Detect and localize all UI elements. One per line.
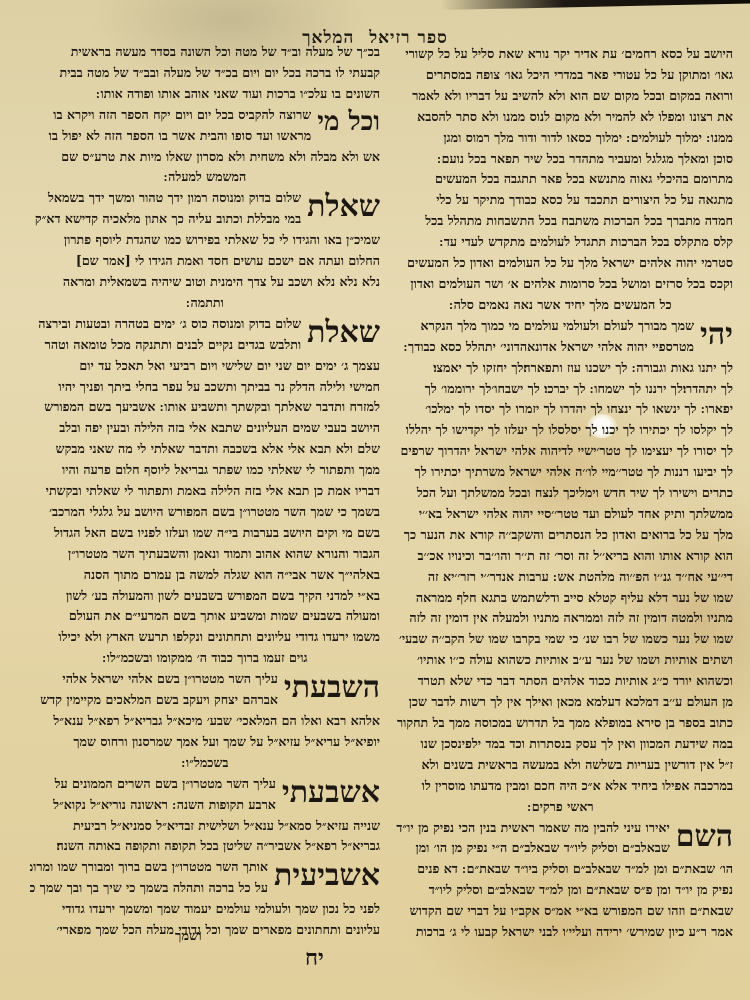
initial-word-ashbiati: אשבעתי (282, 774, 380, 812)
left-block-6: אשבעתי עליך השר מטטרו״ן בשם השרים הממוני… (30, 774, 380, 858)
text-line: שנייה עזיא״ל סמא״ל ענא״ל ושלישית זבדיא״ל… (30, 816, 380, 837)
text-line: ממך ותפתור לי שאלתי כמו שפתר גבריאל ליוס… (30, 460, 380, 481)
text-line: בא״י למדני הקיך בשם המפורש בשבעים לשון ו… (30, 586, 380, 607)
text-line: מתגאה על כל היצורים תתכבד על כסא כבודך מ… (388, 190, 733, 211)
text-line: אמר ר״ע כיון שמירש׳ ירידה ועליי׳ו לבני י… (388, 922, 733, 943)
text-line: עליונים ותחתונים מפארים שמך וכל גדודי מע… (30, 920, 380, 941)
text-line: ז״ל אין דורשין בעריות בשלשה ולא במעשה בר… (388, 755, 733, 776)
text-line: נלא נלא נלא ושכב על צדך הימנית וטוב שיהי… (30, 272, 380, 293)
text-line: די׳׳עי אח׳׳ד גנ׳׳ו הפ׳׳וה מלהטת אש ׃ ערב… (388, 567, 733, 588)
initial-word-hishbati: השבעתי (284, 669, 380, 707)
text-line: עליך השר מטטרו״ן בשם אלהי ישראל אלהי (30, 669, 278, 690)
left-block-7: אשביעית אותך השר מטטרו״ן בשם ברוך ומבורך… (30, 857, 380, 941)
text-line: גאו׳ ומתוקן על כל עטורי פאר במדרי היכל ג… (388, 65, 733, 86)
left-block-2: וכל מי שרוצה להקביס בכל יום ויום יקח הספ… (30, 105, 380, 189)
text-line: חמדה מתברך בכל הברכות משתבח בכל התשבחות … (388, 211, 733, 232)
text-line: למזרח ותדבר שאלתך ובקשתך ותשביע אותו ׃ א… (30, 397, 380, 418)
text-line: אברהם יצחק ויעקב בשם המלאכים מקיימין קדש (30, 690, 278, 711)
right-block-1: היושב על כסא רחמים׳ עת אדיר יקר נורא שאת… (388, 44, 733, 316)
text-line: את רצונו ומפלו לא להמיר ולא מקום לנוס ממ… (388, 107, 733, 128)
initial-word-ashbiat: אשביעית (274, 857, 380, 895)
left-block-1: בכ״ך של מעלה וב״ד של מטה וכל השונה בסדר … (30, 42, 380, 105)
text-line: לך יתהדרו׃לך ירננו לך ישמחו ׃ לך יברכו׃ … (388, 379, 733, 400)
text-line: אלהא רבא ואלו הם המלאכי׳ שבע׳ מיכא״ל גבר… (30, 711, 380, 732)
text-line: ממנו ׃ ימלוך לעולמים ׃ ימלוך כסאו לדור ו… (388, 128, 733, 149)
text-line: ותלבש בגדים נקיים לבנים ותתנקה מכל טומאה… (30, 335, 301, 356)
initial-word-yehi: יהי (700, 316, 733, 354)
text-line: שמו של נער דלא עליף קטלא סייב ודלשתמש בת… (388, 588, 733, 609)
catchword: ושמך (175, 928, 202, 944)
text-line: שמך מבורך לעולם ולעולמי עולמים מי כמוך מ… (388, 316, 694, 337)
text-line: לפני כל נכון שמך ולעולמי עולמים יעמוד שמ… (30, 899, 380, 920)
text-line: בשם מי וקים היושב בערבות בי״ה שמו ועלזו … (30, 523, 380, 544)
left-column: בכ״ך של מעלה וב״ד של מטה וכל השונה בסדר … (30, 42, 380, 941)
text-line: ממשלתך ותיק אחד לעולם ועד טטר׳׳סיי יהוה … (388, 504, 733, 525)
text-line: שבאלב״ם וסליק ליו״ד שבאלב״ם ה״י נפיק מן … (388, 838, 670, 859)
text-line: שמיכ״ן באו והגידו לי כל שאלתי בפירוש כמו… (30, 230, 380, 251)
text-line: במי מבללת וכתוב עליה כך אתון מלאכיה קדיש… (30, 209, 301, 230)
text-line: סטרמי יהוה אלהים ישראל מלך על כל העולמים… (388, 253, 733, 274)
text-line: משמו ירעדו גדודי עליונים ותחתונים ונקלפו… (30, 627, 380, 648)
text-line: דבריו אמת כן תבא אלי בזה הלילה באמת ותפת… (30, 481, 380, 502)
text-line: מטרספיי יהוה אלהי ישראל אדונאהדוני׳ יתהל… (388, 337, 694, 358)
right-column: היושב על כסא רחמים׳ עת אדיר יקר נורא שאת… (388, 44, 733, 943)
text-line: במה שידעת המכוון ואין לך עסק בנסתרות וכד… (388, 734, 733, 755)
text-line: יפארו ׃ לך ינשאו לך ינצחו לך יהדרו לך יז… (388, 399, 733, 420)
text-line: וכשהוא יורד כ׳׳ג אותיות ככוד אלהים הסתר … (388, 671, 733, 692)
text-line: ושתים אותיות ושמו של נער ע׳׳ב אותיות כשה… (388, 650, 733, 671)
text-line: ותתמה ׃ (30, 293, 380, 314)
text-line: על כל ברכה ותהלה בשמך כי שיך בך ובך שמך … (30, 878, 268, 899)
text-line: אותך השר מטטרו״ן בשם ברוך ומבורך שמו ומר… (30, 857, 268, 878)
initial-word-sheelat-1: שאלת (307, 188, 380, 226)
text-line: עצמך ג׳ ימים יום שני יום שלישי ויום רביע… (30, 356, 380, 377)
text-line: חמישי ולילה הדלק נר בביתך ותשכב על עפר ב… (30, 377, 380, 398)
text-line: במרכבה אפילו ביחיד אלא א״כ היה חכם ומבין… (388, 776, 733, 797)
text-line: שלם ולא תבא אלי אלא בשכבה ותדבר שאלתי לי… (30, 439, 380, 460)
text-line: הו׳ שבאת״ם ומן למ״ד שבאלב״ם וסליק ביו״ד … (388, 859, 733, 880)
text-line: נפיק מן יו״ד ומן פ״ס שבאת״ם ומן למ״ד שבא… (388, 880, 733, 901)
scanned-book-page: ספר רזיאל המלאך היושב על כסא רחמים׳ עת א… (0, 0, 750, 1000)
text-line: שרוצה להקביס בכל יום ויום יקח הספר הזה ו… (30, 105, 311, 126)
text-line: שלום בדוק ומנוסה רמון ידך טהור ומשך ידך … (30, 188, 301, 209)
text-line: לך יקלסו לך יכתירו לך יכנו לך יסלסלו לך … (388, 420, 733, 441)
text-line: מראשו ועד סופו והבית אשר בו הספר הזה לא … (30, 126, 311, 147)
text-line: שבאת״ם וזהו שם המפורש בא״י אמ״ס אקב״ו על… (388, 901, 733, 922)
text-line: בשכמל״ו ׃ (30, 753, 380, 774)
text-line: עליך השר מטטרו״ן בשם השרים הממונים על (30, 774, 276, 795)
left-block-5: השבעתי עליך השר מטטרו״ן בשם אלהי ישראל א… (30, 669, 380, 774)
text-line: קבעתי לו ברכה בכל יום ויום בכ״ד של מעלה … (30, 63, 380, 84)
text-line: החלום ועתה אם ישכם עושים חסד ואמת הגידו … (30, 251, 380, 272)
text-line: ורואה במקום ובכל מקום שם הוא ולא להשיב ע… (388, 86, 733, 107)
text-line: סוכן ומאלך מגלגל ומעביר מתהדר בכל שיר תפ… (388, 149, 733, 170)
text-line: שלום בדוק ומנוסה כוס ג׳ ימים בטהרה ובטעו… (30, 314, 301, 335)
text-line: ומעולה בשבעים שמות ומשביע אותך בשם המרעי… (30, 606, 380, 627)
text-line: קלס מתקלס בכל הברכות תתגדל לעולמים מתקדש… (388, 232, 733, 253)
text-line: כתוב בספר בן סירא במופלא ממך בל תדרוש במ… (388, 713, 733, 734)
text-line: גבריא״ל רפא״ל אשביר״ה שליטן בכל תקופה ות… (30, 836, 380, 857)
page-top-shadow (440, 0, 750, 10)
text-line: המשמש למעלה ׃ (30, 167, 380, 188)
text-line: לך יסורו לך יעצימו לך טטר׳ישיי לדיהוה אל… (388, 441, 733, 462)
text-line: מתניו ולמטה דומין זה לזה וממראה מתניו ול… (388, 608, 733, 629)
text-line: גוים זעמו ברוך כבוד ה׳ ממקומו ובשכמ״לו ׃ (30, 648, 380, 669)
text-line: מלך על כל ברואים ואדון כל הנסתרים והשקב׳… (388, 525, 733, 546)
text-line: הגבור והנורא שהוא אהוב ותמוד ונאמן והשבע… (30, 544, 380, 565)
text-line: בשמך כי שמך השר מטטרו״ן בשם המפורש היושב… (30, 502, 380, 523)
text-line: באלהי״ך אשר אבי״ה הוא שגלה למשה בן עמרם … (30, 565, 380, 586)
text-line: מן העולם ע׳׳ב דמלכא דעלמא מכאן ואילך אין… (388, 692, 733, 713)
section-heading-rashei-perakim: ראשי פרקים ׃ (388, 797, 733, 818)
initial-word-sheelat-2: שאלת (307, 314, 380, 352)
text-line: לך יתנו גאות וגבורה ׃ לך ישכנו עוז ותפאר… (388, 358, 733, 379)
text-line: כתרים וישירו לך שיר חדש וימליכך לנצח ובכ… (388, 483, 733, 504)
left-block-3: שאלת שלום בדוק ומנוסה רמון ידך טהור ומשך… (30, 188, 380, 313)
left-block-4: שאלת שלום בדוק ומנוסה כוס ג׳ ימים בטהרה … (30, 314, 380, 669)
right-block-2: יהי שמך מבורך לעולם ולעולמי עולמים מי כמ… (388, 316, 733, 797)
text-line: היושב בעבי שמים העליונים שתבא אלי בזה הל… (30, 418, 380, 439)
right-block-3: השם יאירו עיני להבין מה שאמר ראשית בנין … (388, 818, 733, 943)
text-line: בכ״ך של מעלה וב״ד של מטה וכל השונה בסדר … (30, 42, 380, 63)
text-line: השונים בו עלכ״ו ברכות ועוד שאני אוהב אות… (30, 84, 380, 105)
initial-word-vekol-mi: וכל מי (317, 105, 380, 139)
text-line: יופיא״ל עריא״ל עזיא״ל על שמך ועל אמך שמר… (30, 732, 380, 753)
text-line: מתרומם בהיכלי גאוה מתנשא בכל פאר תתגבה ב… (388, 169, 733, 190)
text-line: ארבע תקופות השנה ׃ ראשונה נוריא״ל נקוא״ל (30, 795, 276, 816)
text-line: אש ולא מבלה ולא משחית ולא מסרון שאלו מיו… (30, 147, 380, 168)
text-line: יאירו עיני להבין מה שאמר ראשית בנין הכי … (388, 818, 670, 839)
text-line: שמו של נער כשמו של רבו שנ׳ כי שמי בקרבו … (388, 629, 733, 650)
initial-word-hashem: השם (676, 818, 733, 856)
text-line: לך יביעו רננות לך טטר׳׳מיי לו׳׳ה אלהי יש… (388, 462, 733, 483)
text-line: הוא קורא אותו והוא בריא׳׳ל זה וסר׳ זה ת׳… (388, 546, 733, 567)
text-line: היושב על כסא רחמים׳ עת אדיר יקר נורא שאת… (388, 44, 733, 65)
text-line: וקכס בכל סרזים ומושל בכל סרומות אלהים א׳… (388, 274, 733, 295)
signature-mark: יח (305, 945, 324, 971)
text-line: כל המעשים מלך יחיד אשר נאה נאמים סלה ׃ (388, 295, 733, 316)
